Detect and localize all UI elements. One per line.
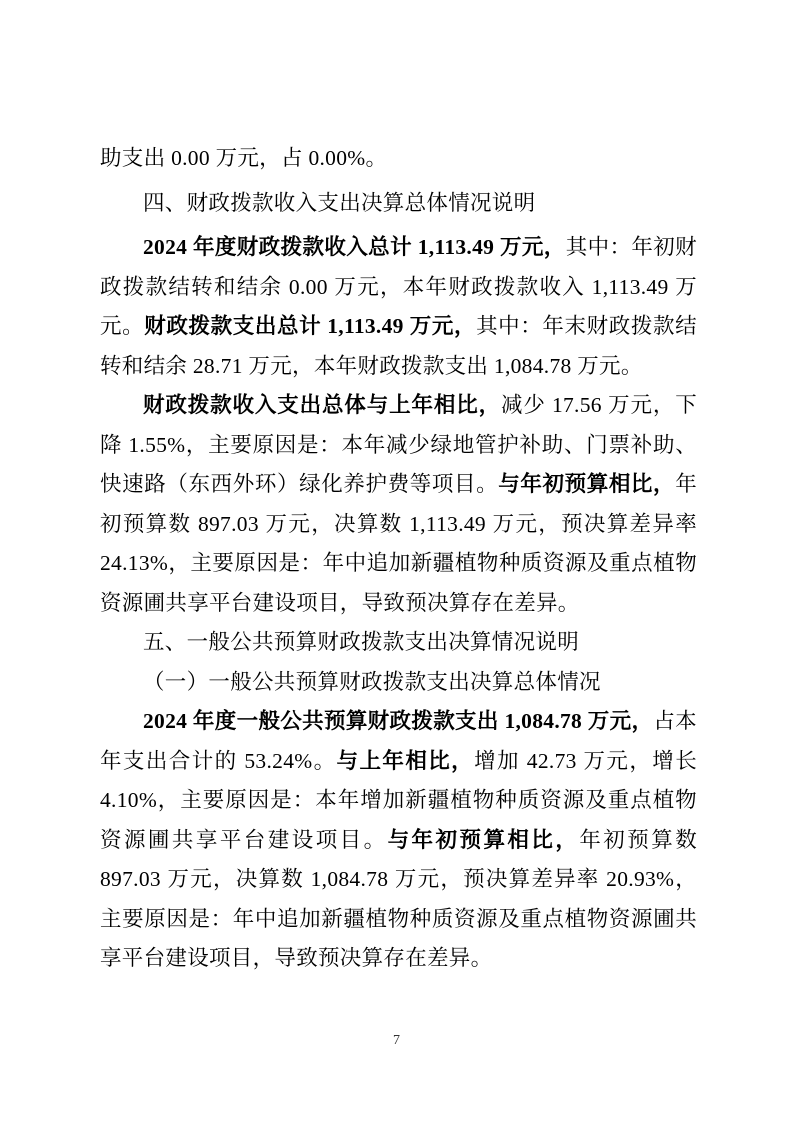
section-heading-4: 四、财政拨款收入支出决算总体情况说明 xyxy=(100,184,697,224)
page-footer: 7 xyxy=(0,1033,793,1049)
document-page: 助支出 0.00 万元，占 0.00%。 四、财政拨款收入支出决算总体情况说明 … xyxy=(0,0,793,1122)
paragraph-fiscal-compare: 财政拨款收入支出总体与上年相比，减少 17.56 万元，下降 1.55%，主要原… xyxy=(100,386,697,623)
text-run-bold: 2024 年度财政拨款收入总计 1,113.49 万元， xyxy=(143,235,566,259)
text-run-bold: 与年初预算相比， xyxy=(388,828,580,852)
paragraph-continuation: 助支出 0.00 万元，占 0.00%。 xyxy=(100,139,697,179)
page-number: 7 xyxy=(393,1033,400,1048)
text-run-bold: 财政拨款支出总计 1,113.49 万元， xyxy=(144,314,476,338)
text-run-bold: 财政拨款收入支出总体与上年相比， xyxy=(143,393,501,417)
section-heading-5: 五、一般公共预算财政拨款支出决算情况说明 xyxy=(100,623,697,663)
text-run-bold: 与年初预算相比， xyxy=(498,472,675,496)
document-content: 助支出 0.00 万元，占 0.00%。 四、财政拨款收入支出决算总体情况说明 … xyxy=(100,139,697,979)
paragraph-budget-expense: 2024 年度一般公共预算财政拨款支出 1,084.78 万元，占本年支出合计的… xyxy=(100,702,697,979)
section-heading-5-sub-1: （一）一般公共预算财政拨款支出决算总体情况 xyxy=(100,663,697,703)
text-run-bold: 与上年相比， xyxy=(337,749,475,773)
paragraph-fiscal-total: 2024 年度财政拨款收入总计 1,113.49 万元，其中：年初财政拨款结转和… xyxy=(100,228,697,386)
text-run-bold: 2024 年度一般公共预算财政拨款支出 1,084.78 万元， xyxy=(143,709,653,733)
